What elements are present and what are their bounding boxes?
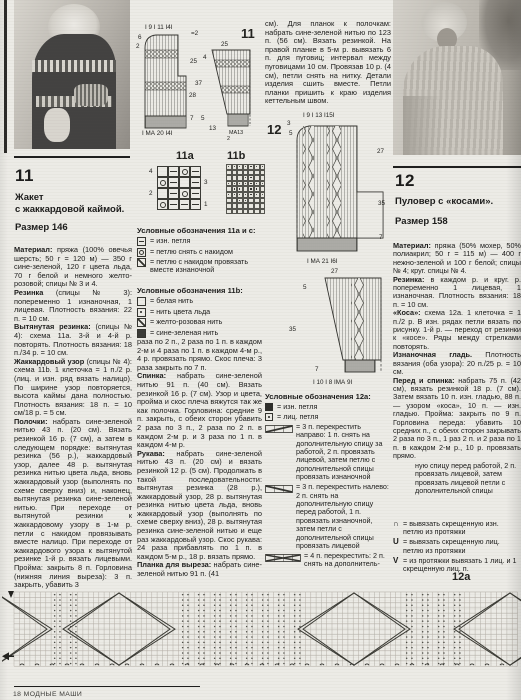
page-spine-shadow xyxy=(4,0,7,153)
schem12-front-neck-depth: 3 xyxy=(287,120,291,127)
schem12-sleeve-rib-height: 7 xyxy=(315,366,319,373)
legend-11b-title: Условные обозначения 11b: xyxy=(137,286,263,295)
knit-cell-purl xyxy=(168,188,179,199)
knit-cell-slash xyxy=(157,188,168,199)
chart-11a-rownum-3: 3 xyxy=(204,179,208,186)
schem11-front-rib-height: 7 xyxy=(190,115,194,122)
chart-11a-rownum-2: 2 xyxy=(149,190,153,197)
knit-cell-circle xyxy=(179,166,190,177)
schem11-sleeve-rib-height: 5 xyxy=(201,115,205,122)
knit-cell-purl xyxy=(190,177,201,188)
chart-11a-rownum-4: 4 xyxy=(149,168,153,175)
legend-11a: Условные обозначения 11а и с: = изн. пет… xyxy=(137,226,263,276)
paragraph: Спинка: набрать сине-зеленой нитью 91 п.… xyxy=(137,372,262,449)
schem12-front-top-widths: I 9 I 13 I15I xyxy=(303,112,335,119)
paragraph: Полочки: набрать сине-зеленой нитью 43 п… xyxy=(14,418,132,590)
schem11-sleeve-cuff-sub: 2 xyxy=(227,136,230,142)
chart-12a xyxy=(2,590,521,674)
schematic-12-front-piece xyxy=(295,122,387,257)
photo-pullover-12 xyxy=(393,0,521,155)
schem12-front-neck-depth2: 5 xyxy=(289,130,293,137)
schem12-front-right-upper: 27 xyxy=(377,148,384,155)
legend-item: = 3 п. перекрестить направо: 1 п. снять … xyxy=(265,423,391,482)
schematic-11-front-piece xyxy=(143,32,189,130)
photo11-mitten xyxy=(44,108,70,142)
paragraph: Резинка (спицы № 3): попеременно 1 изнан… xyxy=(14,289,132,323)
article-11-text-col2: раза по 2 п., 2 раза по 1 п. в каждом 2-… xyxy=(137,338,262,592)
purl-square-icon xyxy=(137,237,146,246)
legend-12a: Условные обозначения 12а: = изн. петля =… xyxy=(265,392,391,570)
paragraph: Перед и спинка: набрать 75 п. (42 см), в… xyxy=(393,377,521,461)
paragraph: Жаккардовый узор (спицы № 4): схема 11b.… xyxy=(14,358,132,418)
rule-under-photo-11 xyxy=(14,156,130,158)
legend-item: = 3 п. перекрестить налево: 2 п. снять н… xyxy=(265,483,391,550)
article-12-number: 12 xyxy=(395,171,415,191)
schem12-front-right-lower: 35 xyxy=(378,200,385,207)
paragraph: Изнаночная гладь. Плотность вязания (оба… xyxy=(393,351,521,376)
schem11-sleeve-left-top: 4 xyxy=(203,54,207,61)
article-12-size: Размер 158 xyxy=(395,216,448,228)
cable-4-icon xyxy=(265,553,301,563)
knit-cell-slash xyxy=(157,166,168,177)
schem11-sleeve-top-width: 25 xyxy=(221,41,228,48)
schem11-front-right-upper: 25 xyxy=(190,58,197,65)
legend-item: = петлю с накидом провязать вместе изнан… xyxy=(137,258,263,275)
knit-dot-square-icon xyxy=(265,413,273,421)
schem11-front-neck-depth: 6 xyxy=(138,34,142,41)
photo12-arm-shadow xyxy=(403,96,443,155)
knit-cell-purl xyxy=(190,199,201,210)
knit-cell-purl xyxy=(190,188,201,199)
two-from-strand-icon: V xyxy=(393,557,403,565)
paragraph: Материал: пряжа (50% мохер, 50% полиакри… xyxy=(393,242,521,276)
schem12-sleeve-bottom-widths: I 10 I 8 IМА 9I xyxy=(313,379,352,386)
schem12-front-bottom-width: I МА 21 I6I xyxy=(307,258,337,265)
purl-together-square-icon xyxy=(137,258,146,267)
schem12-sleeve-left-top: 5 xyxy=(303,284,307,291)
article-11-title-line1: Жакет xyxy=(15,192,44,203)
teal-yarn-square-icon xyxy=(137,329,146,338)
chart-11b-label: 11b xyxy=(227,150,245,162)
chart-11a-rownum-1: 1 xyxy=(204,201,208,208)
repeat-arrow-down-icon xyxy=(8,591,14,598)
legend-item: = лиц. петля xyxy=(265,413,391,421)
article-11-number: 11 xyxy=(15,166,34,186)
knit-cell-slash xyxy=(179,177,190,188)
article-11-text-col1: Материал: пряжа (100% овечья шерсть; 50 … xyxy=(14,246,132,592)
article-11-title: Жакет с жаккардовой каймой. xyxy=(15,192,133,215)
knit-cell-purl xyxy=(190,166,201,177)
slip-yarnover-square-icon xyxy=(137,248,146,257)
article-11-title-line2: с жаккардовой каймой. xyxy=(15,204,124,215)
cable-3-left-icon xyxy=(265,484,293,494)
schem11-sleeve-bottom-width: 13 xyxy=(209,125,216,132)
paragraph: Планка для выреза: набрать сине-зеленой … xyxy=(137,561,262,578)
legend-item: = желто-розовая нить xyxy=(137,318,263,327)
legend-item: = сине-зеленая нить xyxy=(137,329,263,338)
legend-item: = белая нить xyxy=(137,297,263,306)
schem11-sleeve-height: 37 xyxy=(195,80,202,87)
schematic-12-sleeve-piece xyxy=(305,276,385,374)
schem11-front-bottom-width: I МА 20 I4I xyxy=(142,130,172,137)
photo11-sleeve-cuff xyxy=(74,84,108,106)
legend-item: = изн. петля xyxy=(137,237,263,246)
purl-filled-square-icon xyxy=(265,403,273,411)
knit-cell-circle xyxy=(157,177,168,188)
schem11-front-top-widths: I 9 I 11 I4I xyxy=(145,24,173,31)
knit-cell-circle xyxy=(157,199,168,210)
paragraph: Вытянутая резинка: (спицы № 4): схема 11… xyxy=(14,323,132,357)
legend-item: = петлю снять с накидом xyxy=(137,248,263,257)
paragraph: раза по 2 п., 2 раза по 1 п. в каждом 2-… xyxy=(137,338,262,372)
chart-11b xyxy=(226,164,265,214)
magazine-page: 11 Жакет с жаккардовой каймой. Размер 14… xyxy=(0,0,521,700)
legend-item: = 4 п. перекрестить: 2 п. снять на допол… xyxy=(265,552,391,569)
knit-cell-purl xyxy=(168,177,179,188)
twisted-knit-from-strand-icon: U xyxy=(393,538,403,546)
article-12-title: Пуловер с «косами». xyxy=(395,196,521,208)
knit-cell-purl xyxy=(168,166,179,177)
schem11-front-right-lower: 28 xyxy=(189,92,196,99)
schematic-group-11: 11 xyxy=(137,18,265,148)
paragraph: «Коса»: схема 12а. 1 клеточка = 1 п./2 р… xyxy=(393,309,521,351)
schem11-front-top-right: =2 xyxy=(191,30,198,37)
chart-12a-label: 12a xyxy=(452,571,470,583)
schem11-front-neck-depth2: 2 xyxy=(136,43,140,50)
chart-11a-label: 11a xyxy=(176,150,194,162)
paragraph: см). Для планок к полочкам: набрать сине… xyxy=(265,20,391,106)
legend-item: ∩= вывязать скрещенную изн. петлю из про… xyxy=(393,520,521,537)
article-11-size: Размер 146 xyxy=(15,222,68,234)
schematic-11-sleeve-piece xyxy=(203,48,253,130)
schematic-11-label: 11 xyxy=(241,26,255,41)
footer-rule xyxy=(14,686,200,687)
paragraph: Рукава: набрать сине-зеленой нитью 43 п.… xyxy=(137,450,262,562)
rule-under-photo-12 xyxy=(393,166,521,168)
legend-item: = нить цвета льда xyxy=(137,308,263,317)
legend-11a-title: Условные обозначения 11а и с: xyxy=(137,226,263,235)
photo-jacket-11 xyxy=(14,0,130,149)
legend-12a-title: Условные обозначения 12а: xyxy=(265,392,391,401)
article-12-text-col4: Материал: пряжа (50% мохер, 50% полиакри… xyxy=(393,242,521,460)
schem12-sleeve-height: 35 xyxy=(289,326,296,333)
legend-12a-continuation: ную спицу перед работой, 2 п. провязать … xyxy=(415,462,519,496)
knit-cell-circle xyxy=(179,188,190,199)
legend-11b: Условные обозначения 11b: = белая нить =… xyxy=(137,286,263,339)
schem12-front-rib-height: 7 xyxy=(379,234,383,241)
chart-11a xyxy=(157,166,201,210)
footer-text: 18 МОДНЫЕ МАШИ xyxy=(13,691,82,698)
legend-item: = изн. петля xyxy=(265,403,391,411)
schematic-group-12: 12 I 9 I 13 xyxy=(265,100,391,390)
photo11-jacquard-band-upper xyxy=(32,60,116,72)
cable-3-right-icon xyxy=(265,424,293,434)
paragraph: Резинка: в каждом р. и круг. р. попереме… xyxy=(393,276,521,310)
schem12-sleeve-top-width: 27 xyxy=(331,268,338,275)
legend-12a-right-items: ∩= вывязать скрещенную изн. петлю из про… xyxy=(393,520,521,575)
knit-cell-purl xyxy=(179,199,190,210)
ice-yarn-square-icon xyxy=(137,308,146,317)
twisted-purl-from-strand-icon: ∩ xyxy=(393,520,403,528)
schem11-sleeve-cuff-width: МА13 xyxy=(229,130,243,136)
paragraph: Материал: пряжа (100% овечья шерсть; 50 … xyxy=(14,246,132,289)
rose-yarn-square-icon xyxy=(137,318,146,327)
white-yarn-square-icon xyxy=(137,297,146,306)
legend-item: U= вывязать скрещенную лиц. петлю из про… xyxy=(393,538,521,555)
knit-cell-purl xyxy=(168,199,179,210)
schematic-12-label: 12 xyxy=(267,122,281,137)
